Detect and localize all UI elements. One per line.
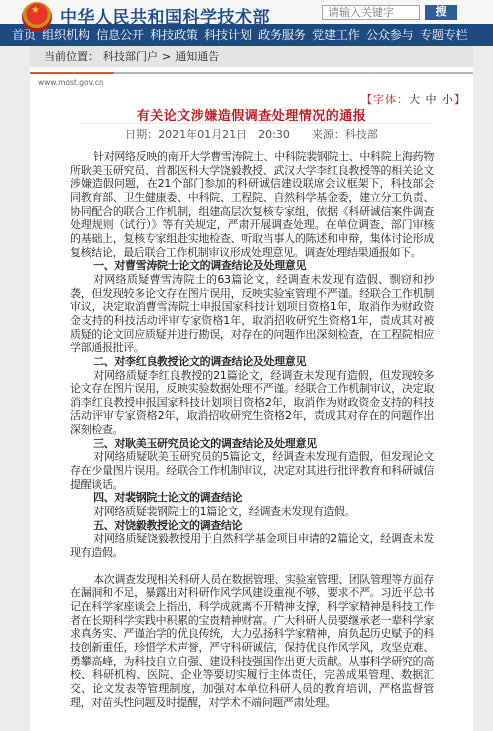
section-heading: 二、对李红良教授论文的调查结论及处理意见 (70, 355, 434, 369)
breadcrumb-portal[interactable]: 科技部门户 (103, 50, 158, 63)
breadcrumb-notices[interactable]: 通知通告 (175, 50, 219, 63)
section-heading: 三、对耿美玉研究员论文的调查结论及处理意见 (70, 437, 434, 451)
paragraph: 对网络质疑饶毅教授用于自然科学基金项目申请的2篇论文，经调查未发现有造假。 (70, 532, 434, 559)
search-button[interactable]: 搜 (425, 5, 457, 20)
main-nav: 首页 组织机构 信息公开 科技政策 科技计划 政务服务 党建工作 公众参与 专题… (0, 24, 493, 46)
article-title: 有关论文涉嫌造假调查处理情况的通报 (30, 105, 473, 124)
section-heading: 五、对饶毅教授论文的调查结论 (70, 519, 434, 533)
site-url: www.most.gov.cn (38, 78, 104, 87)
breadcrumb-label: 当前位置： (44, 50, 99, 63)
paragraph: 对网络质疑曹雪涛院士的63篇论文，经调查未发现有造假、剽窃和抄袭，但发现较多论文… (70, 273, 434, 355)
nav-item-programs[interactable]: 科技计划 (204, 24, 252, 46)
nav-item-info-disclosure[interactable]: 信息公开 (96, 24, 144, 46)
breadcrumb-separator: > (162, 50, 171, 63)
paragraph-spacer (70, 560, 434, 573)
nav-item-policy[interactable]: 科技政策 (150, 24, 198, 46)
paragraph: 对网络质疑耿美玉研究员的5篇论文，经调查未发现有造假，但发现论文存在少量图片误用… (70, 450, 434, 491)
nav-item-services[interactable]: 政务服务 (258, 24, 306, 46)
search-input[interactable] (322, 5, 420, 20)
national-emblem-icon (22, 2, 52, 32)
nav-item-topics[interactable]: 专题专栏 (420, 24, 468, 46)
article-panel: www.most.gov.cn 【字体：大 中 小】 有关论文涉嫌造假调查处理情… (30, 67, 473, 731)
article-body: 针对网络反映的南开大学曹雪涛院士、中科院裴钢院士、中科院上海药物所耿美玉研究员、… (70, 150, 434, 709)
nav-item-organization[interactable]: 组织机构 (42, 24, 90, 46)
paragraph: 对网络质疑李红良教授的21篇论文，经调查未发现有造假，但发现较多论文存在图片误用… (70, 369, 434, 437)
nav-item-party[interactable]: 党建工作 (312, 24, 360, 46)
breadcrumb: 当前位置：科技部门户>通知通告 (30, 46, 473, 67)
title-divider (80, 123, 430, 124)
paragraph: 本次调查发现相关科研人员在数据管理、实验室管理、团队管理等方面存在漏洞和不足，暴… (70, 573, 434, 710)
section-heading: 四、对裴钢院士论文的调查结论 (70, 491, 434, 505)
article-meta: 日期：2021年01月21日 20:30 来源：科技部 (30, 126, 473, 142)
divider-accent (30, 72, 114, 74)
paragraph: 对网络质疑裴钢院士的1篇论文，经调查未发现有造假。 (70, 505, 434, 519)
paragraph: 针对网络反映的南开大学曹雪涛院士、中科院裴钢院士、中科院上海药物所耿美玉研究员、… (70, 150, 434, 259)
section-heading: 一、对曹雪涛院士论文的调查结论及处理意见 (70, 259, 434, 273)
nav-item-public[interactable]: 公众参与 (366, 24, 414, 46)
site-header: 中华人民共和国科学技术部 搜 (0, 0, 493, 24)
